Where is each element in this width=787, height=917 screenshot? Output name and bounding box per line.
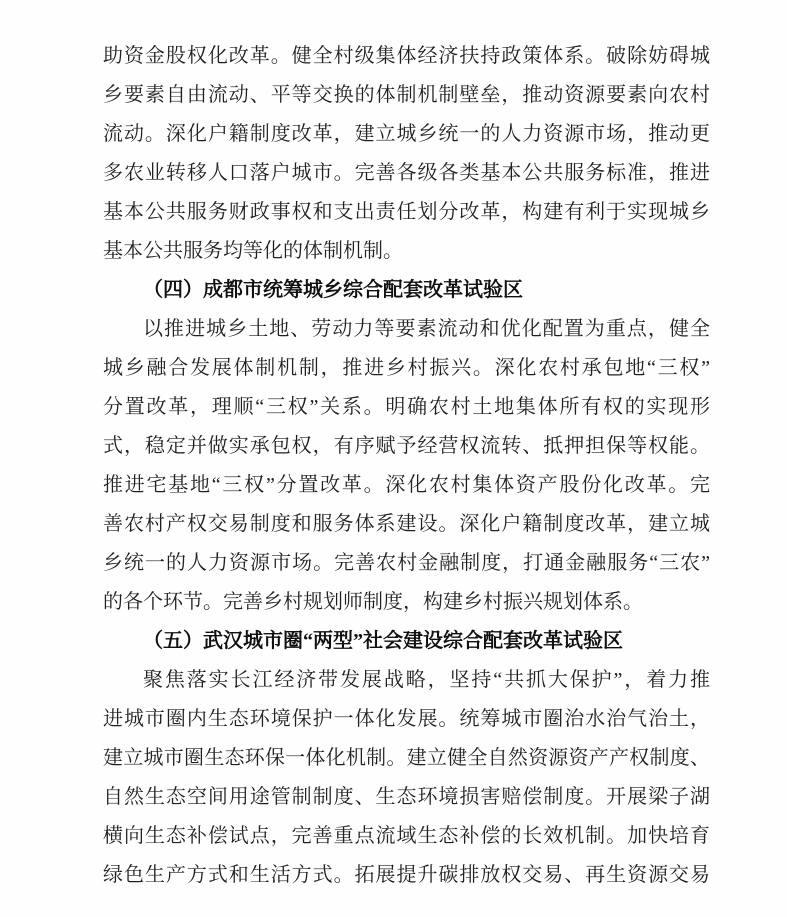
section-heading: （五）武汉城市圈“两型”社会建设综合配套改革试验区 <box>103 622 710 661</box>
text-line: 的各个环节。完善乡村规划师制度，构建乡村振兴规划体系。 <box>103 583 710 622</box>
text-line: 乡要素自由流动、平等交换的体制机制壁垒，推动资源要素向农村 <box>103 76 710 115</box>
text-line: 基本公共服务财政事权和支出责任划分改革，构建有利于实现城乡 <box>103 193 710 232</box>
text-line: 基本公共服务均等化的体制机制。 <box>103 232 710 271</box>
text-line: 自然生态空间用途管制制度、生态环境损害赔偿制度。开展梁子湖 <box>103 778 710 817</box>
text-line: 城乡融合发展体制机制，推进乡村振兴。深化农村承包地“三权” <box>103 349 710 388</box>
document-text-body: 助资金股权化改革。健全村级集体经济扶持政策体系。破除妨碍城乡要素自由流动、平等交… <box>103 37 710 895</box>
document-page: 助资金股权化改革。健全村级集体经济扶持政策体系。破除妨碍城乡要素自由流动、平等交… <box>0 0 787 917</box>
text-line: 推进宅基地“三权”分置改革。深化农村集体资产股份化改革。完 <box>103 466 710 505</box>
text-line: 绿色生产方式和生活方式。拓展提升碳排放权交易、再生资源交易 <box>103 856 710 895</box>
text-line: 助资金股权化改革。健全村级集体经济扶持政策体系。破除妨碍城 <box>103 37 710 76</box>
text-line: 建立城市圈生态环保一体化机制。建立健全自然资源资产产权制度、 <box>103 739 710 778</box>
text-line: 流动。深化户籍制度改革，建立城乡统一的人力资源市场，推动更 <box>103 115 710 154</box>
text-line: 横向生态补偿试点，完善重点流域生态补偿的长效机制。加快培育 <box>103 817 710 856</box>
section-heading: （四）成都市统筹城乡综合配套改革试验区 <box>103 271 710 310</box>
text-line: 善农村产权交易制度和服务体系建设。深化户籍制度改革，建立城 <box>103 505 710 544</box>
text-line: 进城市圈内生态环境保护一体化发展。统筹城市圈治水治气治土， <box>103 700 710 739</box>
text-line: 式，稳定并做实承包权，有序赋予经营权流转、抵押担保等权能。 <box>103 427 710 466</box>
text-line: 聚焦落实长江经济带发展战略，坚持“共抓大保护”，着力推 <box>103 661 710 700</box>
text-line: 乡统一的人力资源市场。完善农村金融制度，打通金融服务“三农” <box>103 544 710 583</box>
text-line: 多农业转移人口落户城市。完善各级各类基本公共服务标准，推进 <box>103 154 710 193</box>
text-line: 以推进城乡土地、劳动力等要素流动和优化配置为重点，健全 <box>103 310 710 349</box>
text-line: 分置改革，理顺“三权”关系。明确农村土地集体所有权的实现形 <box>103 388 710 427</box>
